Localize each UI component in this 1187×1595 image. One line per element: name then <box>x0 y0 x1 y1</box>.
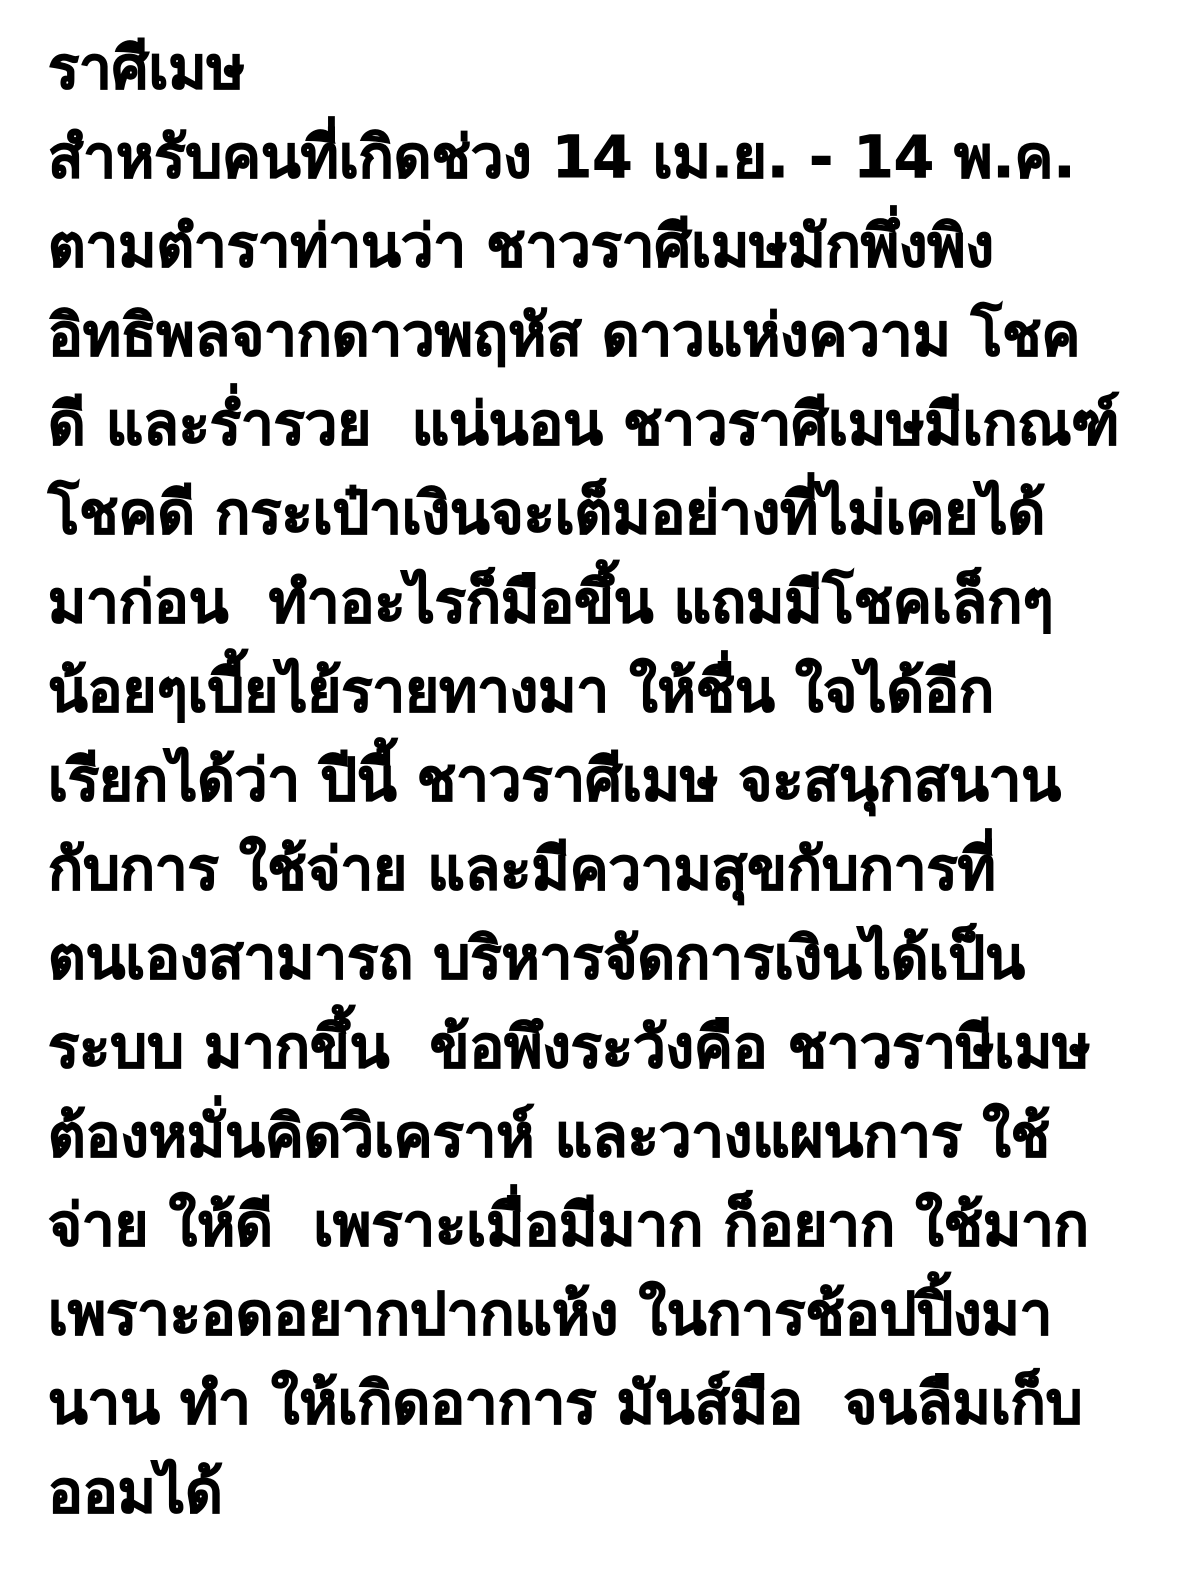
text-line: มาก่อน ทำอะไรก็มือขึ้น แถมมีโชคเล็กๆ <box>48 558 1177 647</box>
text-line: กับการ ใช้จ่าย และมีความสุขกับการที่ <box>48 825 1177 914</box>
page: { "page": { "background_color": "#ffffff… <box>0 0 1187 1595</box>
text-line: จ่าย ให้ดี เพราะเมื่อมีมาก ก็อยาก ใช้มาก <box>48 1181 1177 1270</box>
text-line: เรียกได้ว่า ปีนี้ ชาวราศีเมษ จะสนุกสนาน <box>48 736 1177 825</box>
zodiac-title: ราศีเมษ <box>48 24 1177 113</box>
text-line: ต้องหมั่นคิดวิเคราห์ และวางแผนการ ใช้ <box>48 1092 1177 1181</box>
text-line: ตนเองสามารถ บริหารจัดการเงินได้เป็น <box>48 914 1177 1003</box>
text-line: ระบบ มากขึ้น ข้อพึงระวังคือ ชาวราษีเมษ <box>48 1003 1177 1092</box>
horoscope-body: ตามตำราท่านว่า ชาวราศีเมษมักพึ่งพิงอิทธิ… <box>48 202 1177 1537</box>
text-line: ตามตำราท่านว่า ชาวราศีเมษมักพึ่งพิง <box>48 202 1177 291</box>
text-line: น้อยๆเบี้ยไย้รายทางมา ให้ชื่น ใจได้อีก <box>48 647 1177 736</box>
text-line: เพราะอดอยากปากแห้ง ในการช้อปปิ้งมา <box>48 1270 1177 1359</box>
text-line: นาน ทำ ให้เกิดอาการ มันส์มือ จนลืมเก็บ <box>48 1359 1177 1448</box>
text-line: โชคดี กระเป๋าเงินจะเต็มอย่างที่ไม่เคยได้ <box>48 469 1177 558</box>
birth-date-range: สำหรับคนที่เกิดช่วง 14 เม.ย. - 14 พ.ค. <box>48 113 1177 202</box>
text-line: อิทธิพลจากดาวพฤหัส ดาวแห่งความ โชค <box>48 291 1177 380</box>
text-line: ดี และร่ำรวย แน่นอน ชาวราศีเมษมีเกณฑ์ <box>48 380 1177 469</box>
horoscope-article: ราศีเมษ สำหรับคนที่เกิดช่วง 14 เม.ย. - 1… <box>0 0 1187 1595</box>
text-line: ออมได้ <box>48 1448 1177 1537</box>
